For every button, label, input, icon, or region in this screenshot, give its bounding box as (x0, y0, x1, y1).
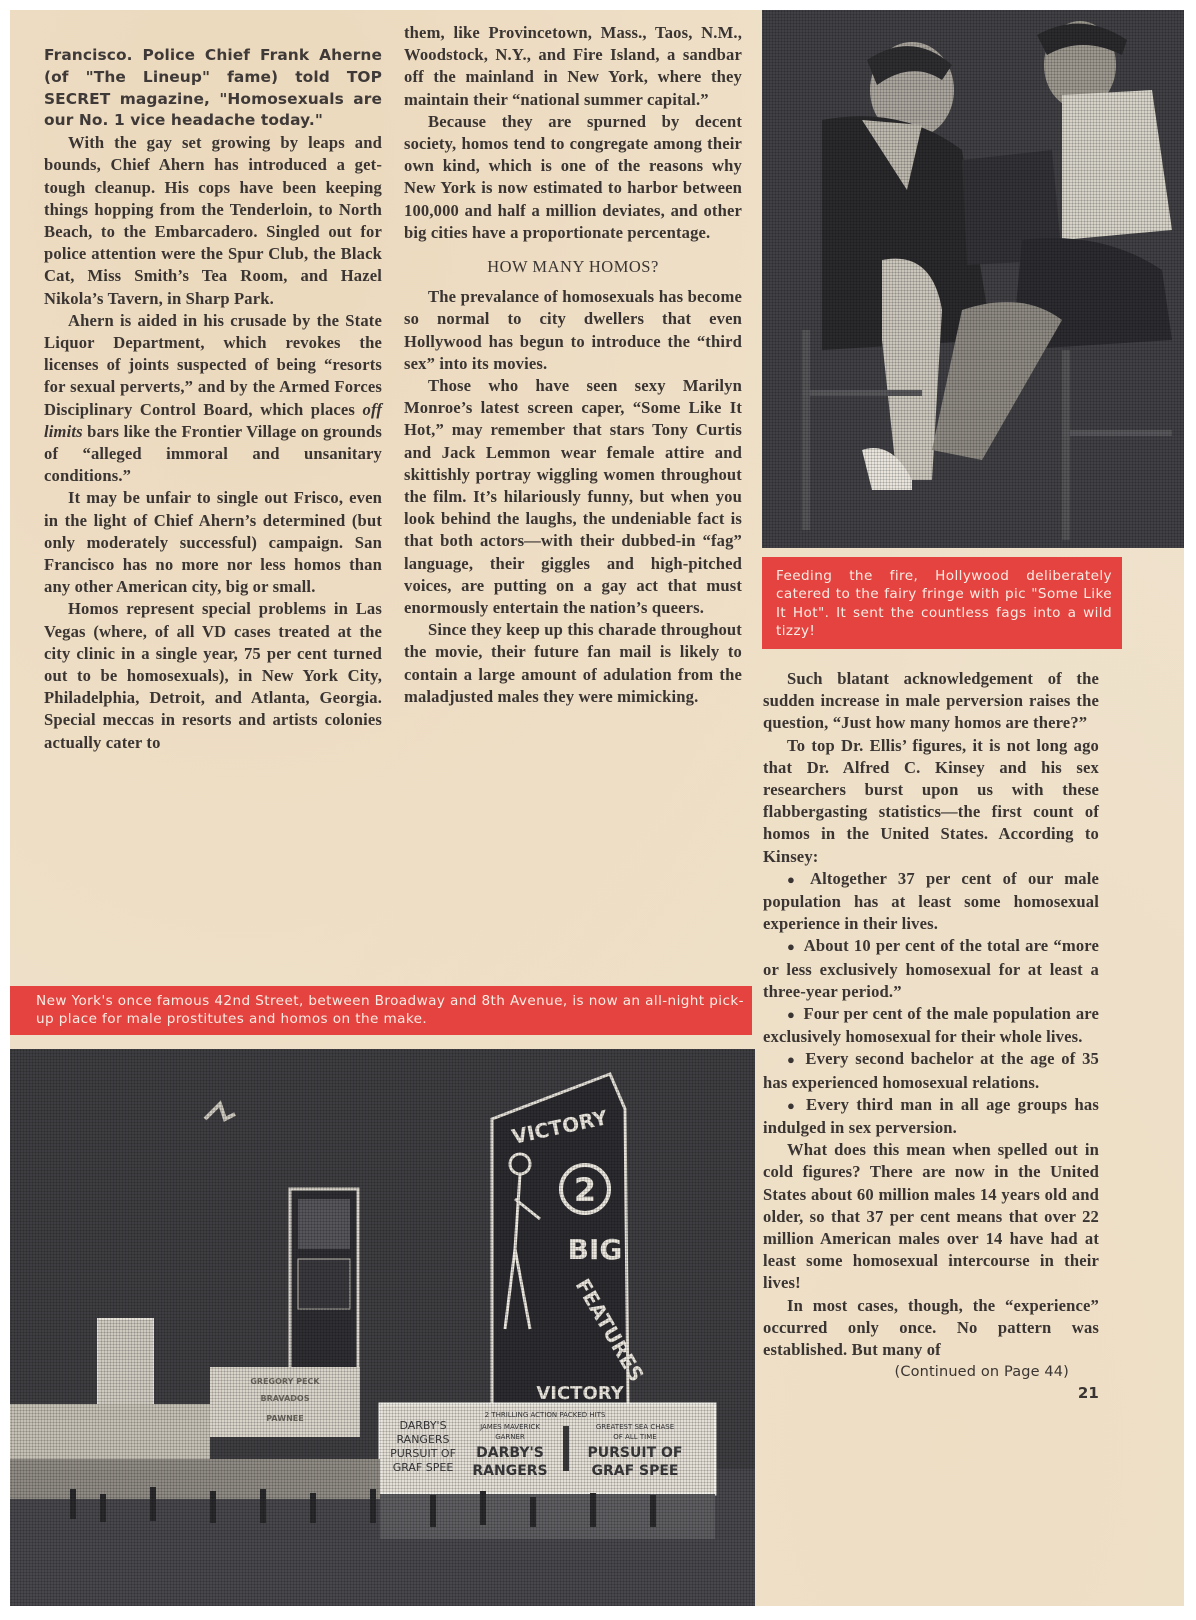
building-sign-line: PAWNEE (266, 1414, 303, 1423)
paragraph: To top Dr. Ellis’ figures, it is not lon… (763, 735, 1099, 868)
photo-caption-42nd-street: New York's once famous 42nd Street, betw… (10, 986, 752, 1035)
marquee-right-small: OF ALL TIME (613, 1433, 656, 1441)
paragraph: them, like Provincetown, Mass., Taos, N.… (404, 22, 742, 111)
paragraph: Such blatant acknowledgement of the sudd… (763, 668, 1099, 735)
marquee-mid-small: GARNER (495, 1433, 525, 1441)
paragraph: It may be unfair to single out Frisco, e… (44, 487, 382, 598)
marquee-right-big: PURSUIT OF (588, 1445, 683, 1461)
page-number: 21 (763, 1384, 1099, 1402)
magazine-page: Francisco. Police Chief Frank Aherne (of… (10, 10, 1184, 1606)
paragraph: With the gay set growing by leaps and bo… (44, 132, 382, 310)
section-subhead: HOW MANY HOMOS? (404, 256, 742, 278)
paragraph: What does this mean when spelled out in … (763, 1139, 1099, 1294)
paragraph: In most cases, though, the “experience” … (763, 1295, 1099, 1362)
photo-two-figures-seated (762, 10, 1184, 548)
neon-sign-victory-bottom: VICTORY (536, 1383, 624, 1404)
bullet-item: Four per cent of the male population are… (763, 1003, 1099, 1048)
building-sign-line: GREGORY PECK (250, 1377, 320, 1386)
neon-sign-number: 2 (574, 1171, 596, 1209)
neon-sign-big: BIG (568, 1233, 623, 1266)
marquee-mid-big: RANGERS (472, 1463, 547, 1479)
article-column-2: them, like Provincetown, Mass., Taos, N.… (404, 22, 742, 708)
article-column-1: Francisco. Police Chief Frank Aherne (of… (44, 45, 382, 754)
paragraph: Those who have seen sexy Marilyn Monroe’… (404, 375, 742, 619)
marquee-mid-big: DARBY'S (476, 1445, 544, 1461)
photo-42nd-street-night: GREGORY PECK BRAVADOS PAWNEE VICTORY 2 B… (10, 1049, 755, 1606)
paragraph: Ahern is aided in his crusade by the Sta… (44, 310, 382, 488)
bullet-item: Altogether 37 per cent of our male popul… (763, 868, 1099, 936)
paragraph: Because they are spurned by decent socie… (404, 111, 742, 244)
photo-caption-hollywood: Feeding the fire, Hollywood deliberately… (762, 557, 1122, 649)
marquee-mid-small: JAMES MAVERICK (479, 1423, 540, 1431)
article-column-3: Such blatant acknowledgement of the sudd… (763, 668, 1099, 1402)
lead-paragraph: Francisco. Police Chief Frank Aherne (of… (44, 45, 382, 132)
paragraph: Since they keep up this charade througho… (404, 619, 742, 708)
marquee-left-line: GRAF SPEE (393, 1461, 454, 1474)
marquee-left-line: DARBY'S (399, 1419, 446, 1432)
paragraph: The prevalance of homosexuals has become… (404, 286, 742, 375)
photo-street-scene: GREGORY PECK BRAVADOS PAWNEE VICTORY 2 B… (10, 1049, 755, 1606)
bullet-item: Every second bachelor at the age of 35 h… (763, 1048, 1099, 1093)
bullet-item: About 10 per cent of the total are “more… (763, 935, 1099, 1003)
photo-some-like-it-hot (762, 10, 1184, 548)
marquee-left-line: RANGERS (396, 1433, 449, 1446)
continued-note: (Continued on Page 44) (763, 1361, 1099, 1383)
marquee-right-small: GREATEST SEA CHASE (596, 1423, 674, 1431)
marquee-left-line: PURSUIT OF (390, 1447, 456, 1460)
building-sign-line: BRAVADOS (261, 1394, 310, 1403)
marquee-header: 2 THRILLING ACTION PACKED HITS (485, 1411, 606, 1419)
marquee-right-big: GRAF SPEE (591, 1463, 678, 1479)
bullet-item: Every third man in all age groups has in… (763, 1094, 1099, 1139)
paragraph: Homos represent special problems in Las … (44, 598, 382, 753)
